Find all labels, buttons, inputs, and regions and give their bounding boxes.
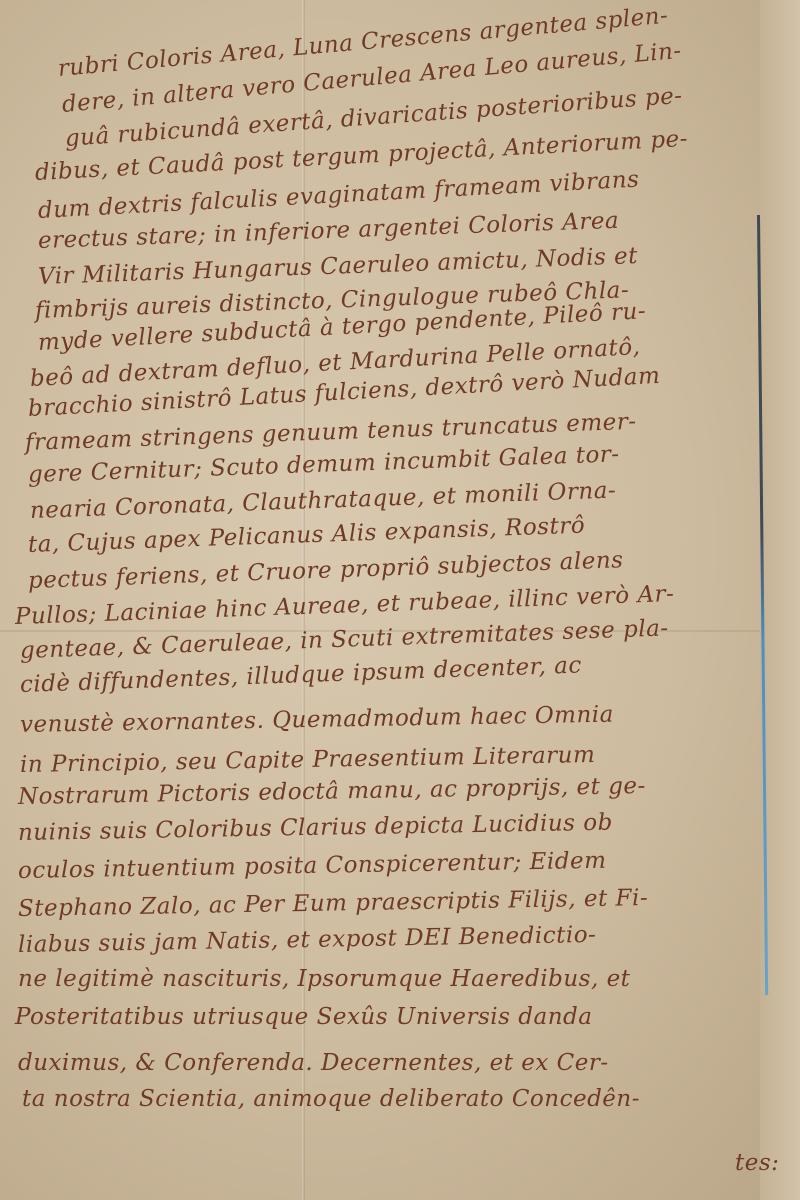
text-line: venustè exornantes. Quemadmodum haec Omn… xyxy=(20,702,614,738)
text-line: liabus suis jam Natis, et expost DEI Ben… xyxy=(18,922,597,958)
text-line: Nostrarum Pictoris edoctâ manu, ac propr… xyxy=(18,773,646,810)
text-line: duximus, & Conferenda. Decernentes, et e… xyxy=(18,1050,609,1076)
text-line: oculos intuentium posita Conspicerentur;… xyxy=(18,848,607,884)
text-line: ta nostra Scientia, animoque deliberato … xyxy=(22,1086,640,1112)
text-line: nuinis suis Coloribus Clarius depicta Lu… xyxy=(18,810,613,846)
manuscript-text: rubri Coloris Area, Luna Crescens argent… xyxy=(0,0,800,1200)
text-line: Posteritatibus utriusque Sexûs Universis… xyxy=(15,1004,592,1030)
text-line: Stephano Zalo, ac Per Eum praescriptis F… xyxy=(18,885,649,922)
manuscript-page: rubri Coloris Area, Luna Crescens argent… xyxy=(0,0,800,1200)
text-line: tes: xyxy=(735,1150,779,1176)
text-line: ne legitimè nascituris, Ipsorumque Haere… xyxy=(18,966,630,992)
text-line: in Principio, seu Capite Praesentium Lit… xyxy=(20,742,596,778)
